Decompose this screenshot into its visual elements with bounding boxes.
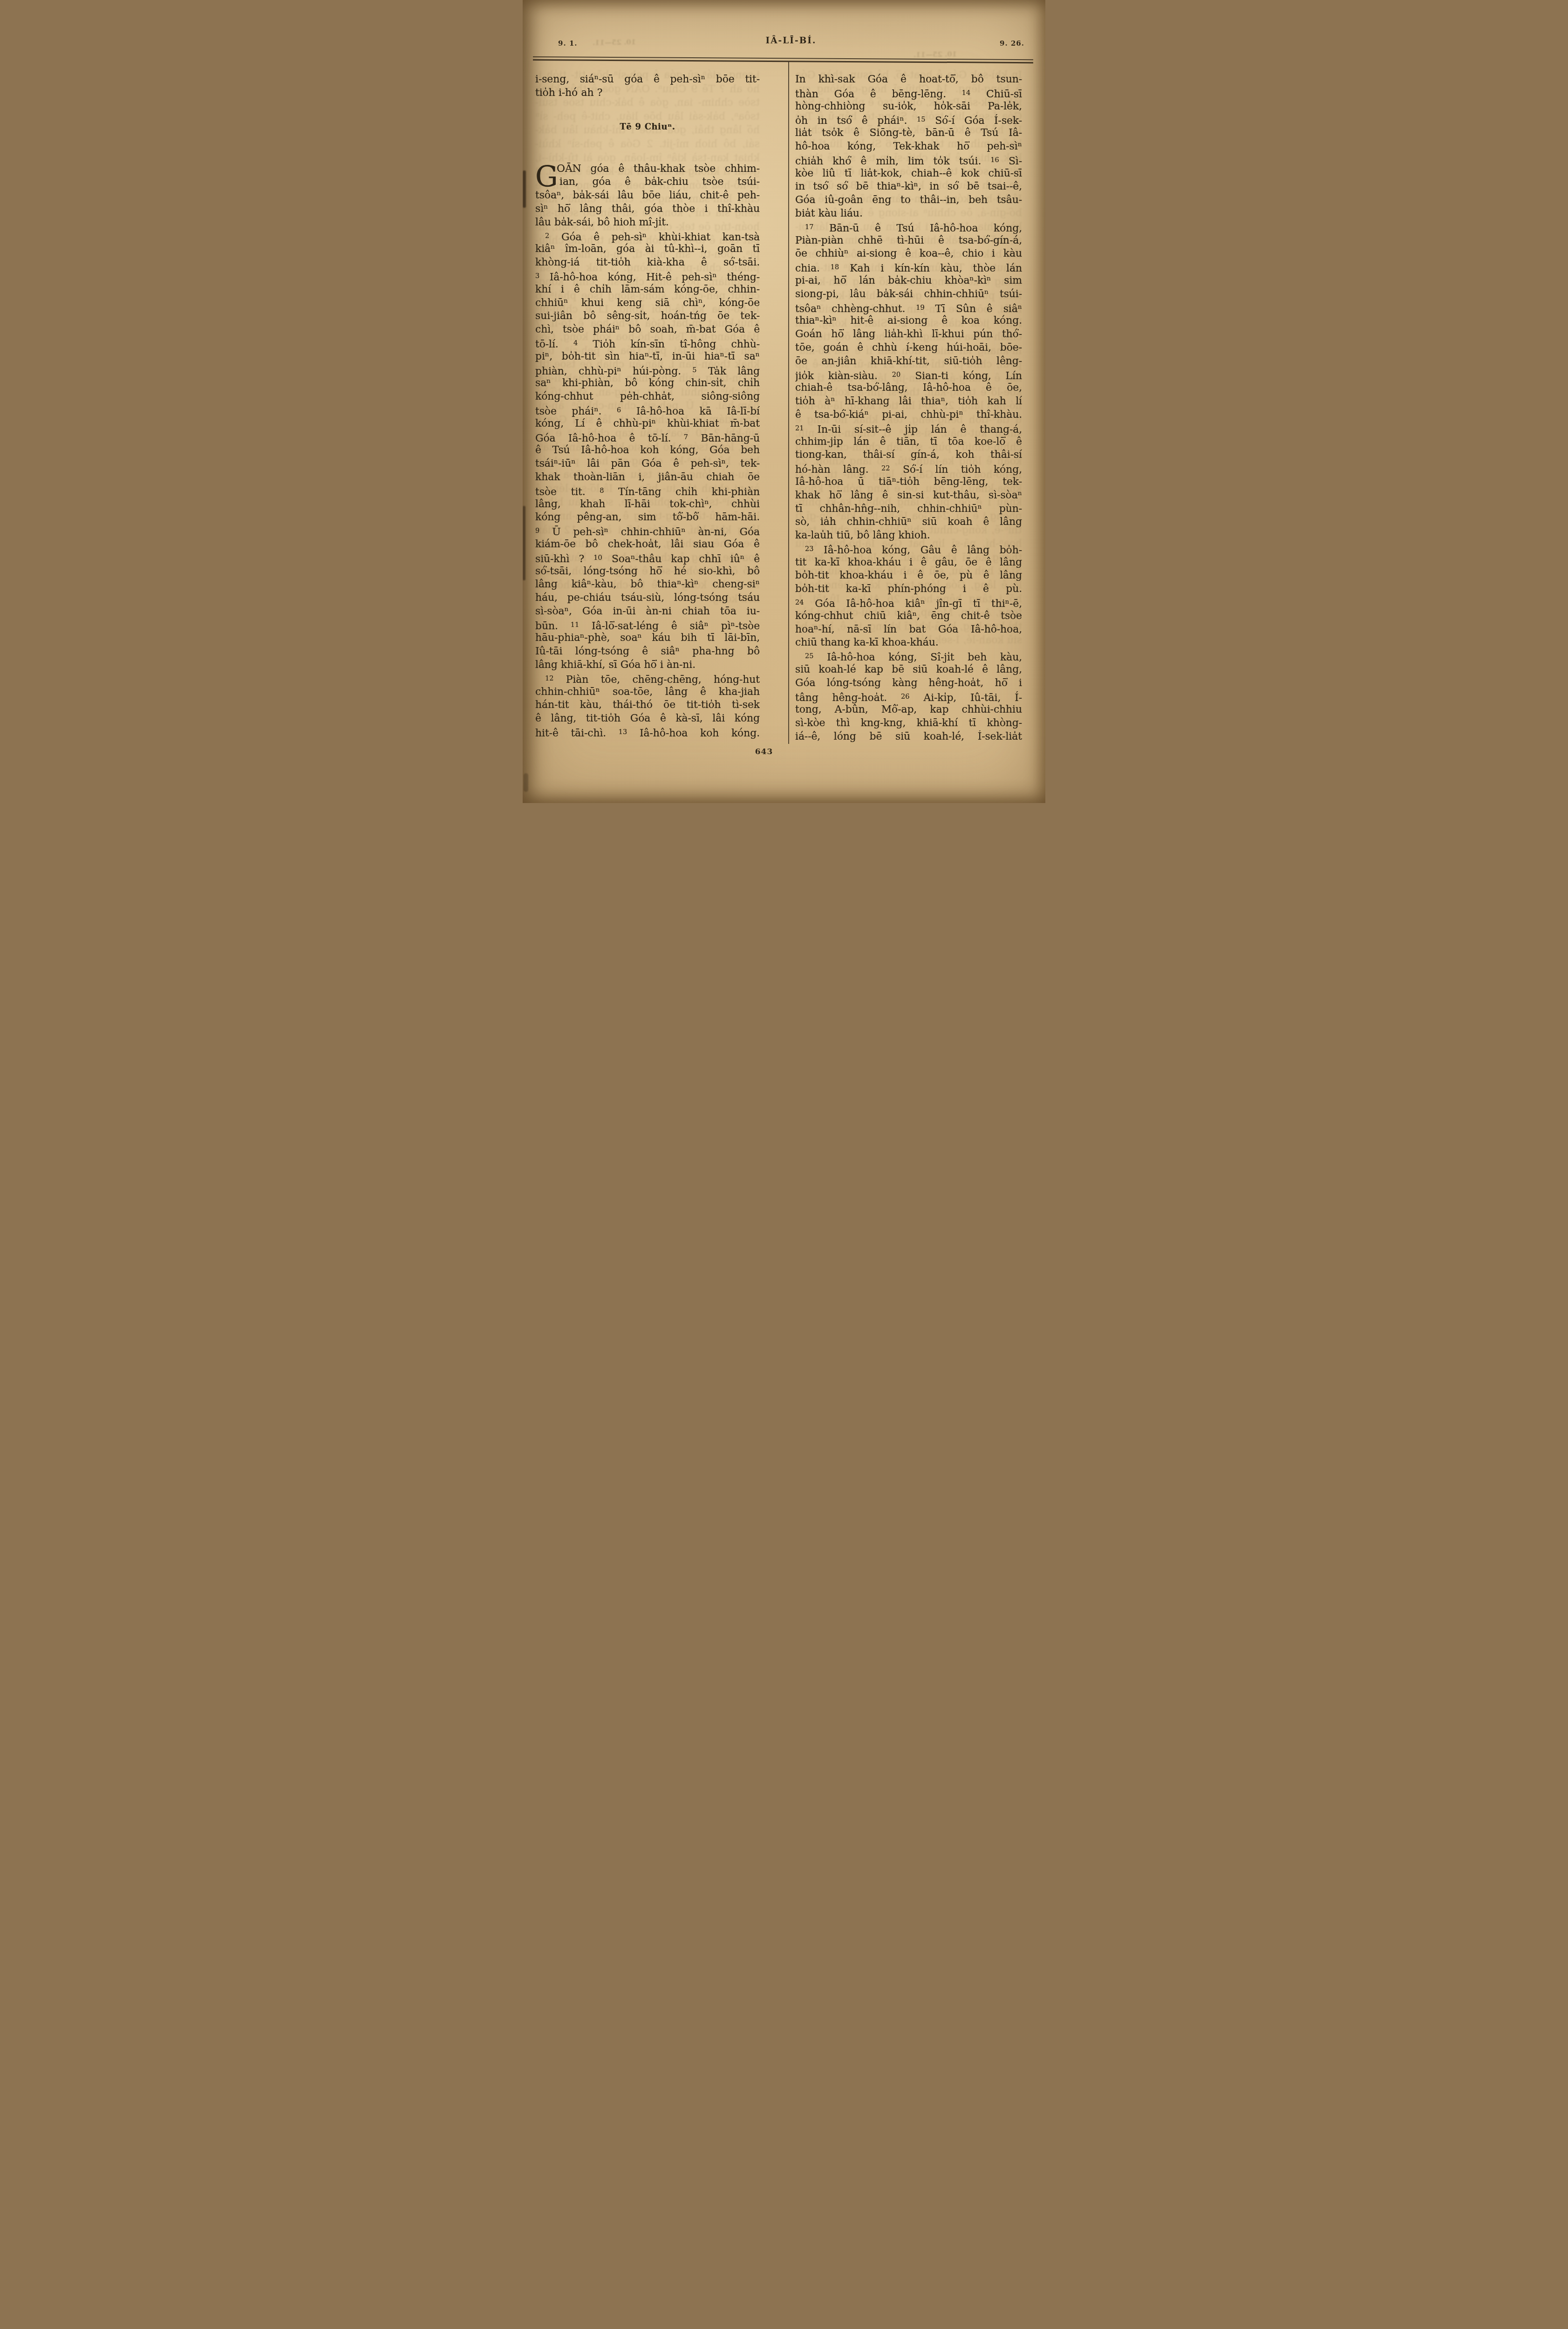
text-line: hāu-phiaⁿ-phè, soaⁿ káu bih tī lāi-bīn,	[535, 632, 760, 645]
text-line: khak thoàn-liān i, jiân-āu chiah ōe	[535, 471, 760, 484]
text-line: kóng-chhut chiū kiâⁿ, ēng chit-ê tsòe	[795, 610, 1022, 623]
text-line: tio̍h i-hó ah ?	[535, 87, 760, 100]
text-line: tī chhân-hn̂g--nih, chhin-chhiūⁿ pùn-	[795, 503, 1022, 516]
verse-number: 24	[795, 599, 804, 606]
text-line: kóng pêng-an, sim tô͘-bô͘ hām-hāi.	[535, 511, 760, 524]
text-line: Góa iû-goân ēng to thâi--in, beh tsâu-	[795, 194, 1022, 207]
text-line: in tsó͘ só͘ bē thiaⁿ-kìⁿ, in só͘ bē tsai…	[795, 180, 1022, 194]
text-line: siū koah-lé kap bē siū koah-lé ê lâng,	[795, 663, 1022, 677]
text-line: chhiūⁿ khui keng siā chìⁿ, kóng-ōe	[535, 297, 760, 310]
text-line: tiong-kan, thâi-sí gín-á, koh thâi-sí	[795, 449, 1022, 462]
text-line: lâng khiā-khí, sī Góa hō͘ i àn-ni.	[535, 659, 760, 672]
text-line: saⁿ khi-phiàn, bô kóng chin-si̍t, chi̍h	[535, 377, 760, 390]
text-line: bo̍h-tit khoa-kháu i ê ōe, pù ê lâng	[795, 569, 1022, 583]
text-line: sì-sòaⁿ, Góa in-ūi àn-ni chiah tōa iu-	[535, 605, 760, 619]
bleedthrough-header-note: 10. 25—11.	[914, 50, 957, 59]
text-line: chiah-ê tsa-bó͘-lâng, Iâ-hô-hoa ê ōe,	[795, 381, 1022, 395]
text-line: khí i ê chi̍h lām-sám kóng-ōe, chhin-	[535, 283, 760, 297]
text-line: būn. 11 Iâ-lō͘-sat-léng ê siâⁿ pìⁿ-tsòe	[535, 619, 760, 632]
verse-number: 19	[916, 304, 924, 312]
text-line: Goán hō͘ lâng lia̍h-khì lī-khui pún thó͘…	[795, 328, 1022, 341]
text-line: phiàn, chhù-piⁿ húi-pòng. 5 Ta̍k lâng	[535, 364, 760, 377]
text-line: tō-lí. 4 Tio̍h kín-sīn tî-hông chhù-	[535, 337, 760, 350]
text-line: 21 In-ūi sí-sit--ê ji̍p lán ê thang-á,	[795, 422, 1022, 436]
text-line: tsòe tit. 8 Tín-tāng chi̍h khi-phiàn	[535, 484, 760, 498]
text-line: Iâ-hô-hoa ū tiāⁿ-tio̍h bēng-lēng, tek-	[795, 476, 1022, 489]
verse-number: 15	[917, 116, 925, 123]
text-line: khak hō͘ lâng ê sin-si kut-thâu, sì-sòaⁿ	[795, 489, 1022, 503]
header-verse-ref-right: 9. 26.	[1000, 39, 1024, 48]
verse-number: 11	[571, 621, 579, 629]
text-line: tio̍h àⁿ hī-khang lâi thiaⁿ, tio̍h kah l…	[795, 395, 1022, 409]
text-line: siong-pi, lâu ba̍k-sái chhin-chhiūⁿ tsúi…	[795, 288, 1022, 301]
left-column: i-seng, siáⁿ-sū góa ê peh-sìⁿ bōe tit- t…	[535, 73, 760, 739]
text-line: lia̍t tso̍k ê Siōng-tè, bān-ū ê Tsú Iâ-	[795, 127, 1022, 140]
text-line: hán-tit kàu, thái-thó ōe tit-tio̍h tì-se…	[535, 699, 760, 712]
text-line: tit ka-kī khoa-kháu i ê gâu, ōe ê lâng	[795, 556, 1022, 570]
chapter-heading: Tē 9 Chiuⁿ.	[535, 122, 760, 133]
text-line: chia̍h khó͘ ê mi̍h, lim to̍k tsúi. 16 Sì…	[795, 154, 1022, 167]
text-line: kóng, Lí ê chhù-piⁿ khùi-khiat m̄-bat	[535, 417, 760, 431]
verse-number: 8	[600, 487, 604, 495]
verse-number: 20	[892, 371, 900, 379]
text-line: thàn Góa ê bēng-lēng. 14 Chiū-sī	[795, 87, 1022, 100]
verse-number: 13	[619, 729, 627, 736]
text-line: 2 Góa ê peh-sìⁿ khùi-khiat kan-tsà	[535, 230, 760, 243]
text-line: chiū thang ka-kī khoa-kháu.	[795, 636, 1022, 650]
text-line: khòng-iá tit-tio̍h kià-kha ê só͘-tsāi.	[535, 256, 760, 270]
verse-number: 3	[535, 272, 539, 280]
text-line: tsáiⁿ-iūⁿ lâi pān Góa ê peh-sìⁿ, tek-	[535, 457, 760, 471]
text-line: hô-hoa kóng, Tek-khak hō͘ peh-sìⁿ	[795, 140, 1022, 154]
text-line: hoaⁿ-hí, nā-sī lín bat Góa Iâ-hô-hoa,	[795, 623, 1022, 637]
verse-number: 10	[593, 554, 602, 562]
dropcap-paragraph: GOĀN góa ê thâu-khak tsòe chhim-ian, góa…	[535, 163, 760, 190]
text-line: chia. 18 Kah i kín-kín kàu, thòe lán	[795, 261, 1022, 274]
text-line: iá--ê, lóng bē siū koah-lé, Í-sek-lia̍t	[795, 730, 1022, 744]
text-line: tsôaⁿ chhèng-chhut. 19 Tī Sûn ê siâⁿ	[795, 301, 1022, 315]
text-line: kiâⁿ îm-loān, góa ài tû-khì--i, goān tī	[535, 243, 760, 256]
text-line: siū-khì ? 10 Soaⁿ-thâu kap chhī iûⁿ ê	[535, 552, 760, 565]
text-line: háu, pe-chiáu tsáu-siù, lóng-tsóng tsáu	[535, 592, 760, 605]
running-title: IÂ-LĪ-BÍ.	[523, 36, 1045, 46]
text-line: 25 Iâ-hô-hoa kóng, Sî-ji̍t beh kàu,	[795, 650, 1022, 663]
text-line: In khì-sak Góa ê hoat-tō͘, bô tsun-	[795, 73, 1022, 87]
text-line: tong, A-bûn, Mô͘-ap, kap chhùi-chhiu	[795, 703, 1022, 717]
right-column: In khì-sak Góa ê hoat-tō͘, bô tsun- thàn…	[795, 73, 1022, 744]
verse-number: 16	[990, 157, 999, 164]
scan-edge-mark	[524, 773, 528, 792]
verse-number: 18	[831, 264, 839, 271]
text-line: tsôaⁿ, ba̍k-sái lâu bōe liáu, chit-ê peh…	[535, 189, 760, 203]
text-line: ka-lau̍h tiū, bô lâng khioh.	[795, 529, 1022, 543]
text-line: tōe, goán ê chhù í-keng húi-hoāi, bōe-	[795, 341, 1022, 355]
verse-number: 14	[962, 89, 970, 97]
text-line: kóng-chhut pe̍h-chha̍t, siông-siông	[535, 390, 760, 404]
text-line: pi-ai, hō͘ lán ba̍k-chiu khòaⁿ-kìⁿ sim	[795, 274, 1022, 288]
text-line: 3 Iâ-hô-hoa kóng, Hit-ê peh-sìⁿ théng-	[535, 270, 760, 283]
text-line: kòe liû tī lia̍t-kok, chiah--ê kok chiū-…	[795, 167, 1022, 181]
scanned-book-page: 9. 1. IÂ-LĪ-BÍ. 9. 26. 10. 25—11. 10. 25…	[523, 0, 1045, 803]
text-line: Iû-tāi lóng-tsóng ê siâⁿ pha-hng bô	[535, 645, 760, 659]
text-line: sò, ia̍h chhin-chhiūⁿ siū koah ê lâng	[795, 516, 1022, 529]
verse-number: 26	[901, 693, 909, 701]
text-line: bo̍h-tit ka-kī phín-phóng i ê pù.	[795, 583, 1022, 596]
text-line: sì-kòe thì kng-kng, khiā-khí tī khòng-	[795, 717, 1022, 730]
verse-number: 22	[881, 465, 890, 472]
text-line: 12 Piàn tōe, chēng-chēng, hóng-hut	[535, 672, 760, 686]
verse-number: 9	[535, 527, 539, 535]
scan-edge-mark	[523, 170, 526, 208]
column-divider	[788, 62, 789, 744]
verse-number: 21	[795, 425, 804, 432]
text-line: Góa Iâ-hô-hoa ê tō-lí. 7 Bān-hāng-ū	[535, 431, 760, 444]
text-line: lâng kiâⁿ-kàu, bô thiaⁿ-kìⁿ cheng-siⁿ	[535, 578, 760, 592]
text-line: ê Tsú Iâ-hô-hoa koh kóng, Góa beh	[535, 444, 760, 457]
text-line: 17 Bān-ū ê Tsú Iâ-hô-hoa kóng,	[795, 221, 1022, 234]
page-number: 643	[731, 747, 797, 756]
scan-edge-mark	[523, 506, 525, 580]
text-line: ian, góa ê ba̍k-chiu tsòe tsúi-	[535, 176, 760, 189]
verse-number: 4	[573, 340, 578, 347]
verse-number: 2	[545, 232, 549, 240]
text-line: ê lâng, tit-tio̍h Góa ê kà-sī, lâi kóng	[535, 712, 760, 726]
verse-number: 23	[805, 545, 813, 553]
text-line: chhim-ji̍p lán ê tiān, tī tōa koe-lō͘ ê	[795, 436, 1022, 449]
verse-number: 25	[805, 653, 813, 660]
text-line: i-seng, siáⁿ-sū góa ê peh-sìⁿ bōe tit-	[535, 73, 760, 87]
text-line: bia̍t kàu liáu.	[795, 207, 1022, 221]
verse-number: 17	[805, 224, 813, 231]
text-line: tsòe pháiⁿ. 6 Iâ-hô-hoa kā Iâ-lī-bí	[535, 404, 760, 417]
text-line: piⁿ, bo̍h-tit sìn hiaⁿ-tī, in-ūi hiaⁿ-tī…	[535, 350, 760, 364]
text-line: lâng, khah lī-hāi tok-chìⁿ, chhùi	[535, 498, 760, 511]
text-line: 23 Iâ-hô-hoa kóng, Gâu ê lâng bo̍h-	[795, 543, 1022, 556]
text-line: chhin-chhiūⁿ soa-tōe, lâng ê kha-jiah	[535, 686, 760, 699]
text-line: hó-hàn lâng. 22 Só͘-í lín tio̍h kóng,	[795, 462, 1022, 476]
text-line: lâu ba̍k-sái, bô hioh mî-ji̍t.	[535, 216, 760, 230]
text-line: hit-ê tāi-chì. 13 Iâ-hô-hoa koh kóng.	[535, 726, 760, 739]
text-line: OĀN góa ê thâu-khak tsòe chhim-	[535, 163, 760, 176]
verse-number: 7	[684, 434, 688, 441]
verse-number: 5	[692, 367, 696, 374]
text-line: ê tsa-bó͘-kiáⁿ pi-ai, chhù-piⁿ thî-khàu.	[795, 409, 1022, 422]
text-line: só͘-tsāi, lóng-tsóng hō͘ hé sio-khì, bô	[535, 565, 760, 579]
text-line: thiaⁿ-kìⁿ hit-ê ai-siong ê koa kóng.	[795, 314, 1022, 328]
text-line: Piàn-piàn chhē tì-hūi ê tsa-bó͘-gín-á,	[795, 234, 1022, 248]
text-line: sui-jiân bô sêng-si̍t, hoán-tńg ōe tek-	[535, 310, 760, 323]
text-line: sìⁿ hō͘ lâng thâi, góa thòe i thî-khàu	[535, 203, 760, 216]
verse-number: 6	[617, 407, 621, 414]
text-line: chì, tsòe pháiⁿ bô soah, m̄-bat Góa ê	[535, 323, 760, 337]
text-line: 9 Ū peh-sìⁿ chhin-chhiūⁿ àn-ni, Góa	[535, 524, 760, 538]
text-line: jio̍k kiàn-siàu. 20 Sian-ti kóng, Lín	[795, 368, 1022, 382]
text-line: hòng-chhiòng su-io̍k, ho̍k-sāi Pa-le̍k,	[795, 100, 1022, 114]
text-line: ōe an-jiân khiā-khí-tit, siū-tio̍h lêng-	[795, 355, 1022, 368]
text-line: tâng hêng-hoa̍t. 26 Ai-ki̍p, Iû-tāi, Í-	[795, 690, 1022, 704]
verse-number: 12	[545, 675, 553, 682]
text-line: Góa lóng-tsóng kàng hêng-hoa̍t, hō͘ i	[795, 677, 1022, 690]
text-line: o̍h in tsó͘ ê pháiⁿ. 15 Só͘-í Góa Í-sek-	[795, 113, 1022, 127]
text-line: 24 Góa Iâ-hô-hoa kiâⁿ jîn-gī tī thiⁿ-ē,	[795, 596, 1022, 610]
text-line: kiám-ōe bô chek-hoa̍t, lâi siau Góa ê	[535, 538, 760, 552]
text-line: ōe chhiùⁿ ai-siong ê koa--ê, chio i kàu	[795, 247, 1022, 261]
